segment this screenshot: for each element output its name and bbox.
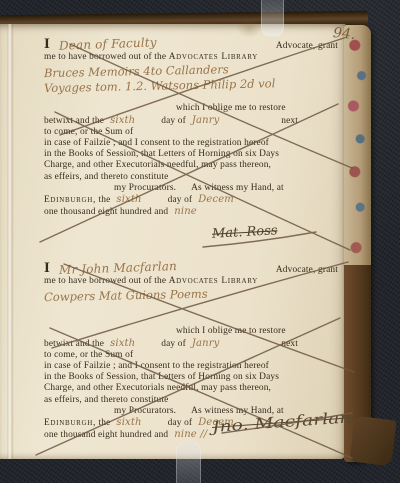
- marbled-edge: [344, 25, 371, 278]
- edinburgh-label: Edinburgh,: [44, 418, 96, 429]
- printed-advocate-grant: Advocate, grant: [276, 41, 338, 52]
- signing-date-line: Edinburgh, the sixth day of Decem: [44, 194, 338, 206]
- procurators-line: my Procurators. As witness my Hand, at: [44, 183, 338, 194]
- edinburgh-label: Edinburgh,: [44, 195, 96, 206]
- printed-initial: I: [44, 261, 50, 275]
- handwritten-due-day: sixth: [110, 338, 135, 349]
- binding-corner: [349, 416, 396, 467]
- year-line: one thousand eight hundred and nine //: [44, 429, 338, 441]
- printed-failzie-line3: Charge, and other Executorials needful, …: [44, 160, 338, 171]
- printed-failzie-line2: in the Books of Session, that Letters of…: [44, 372, 338, 383]
- handwritten-signed-month: Decem: [198, 194, 234, 205]
- printed-advocate-grant: Advocate, grant: [276, 265, 338, 276]
- entry-opening-line: I Mr John Macfarlan Advocate, grant: [44, 261, 338, 276]
- handwritten-year-word: nine //: [174, 429, 207, 440]
- handwritten-borrower-name: Dean of Faculty: [59, 37, 157, 52]
- handwritten-due-month: Janry: [192, 115, 220, 126]
- printed-sum-line: to come, or the Sum of: [44, 127, 338, 138]
- library-name: Advocates Library: [169, 52, 258, 62]
- page-stain: [236, 18, 262, 38]
- borrowing-entry-2: I Mr John Macfarlan Advocate, grant me t…: [44, 261, 338, 441]
- page-clip-bottom: [176, 441, 201, 483]
- printed-failzie-line4: as effeirs, and thereto constitute: [44, 395, 338, 406]
- printed-failzie-line1: in case of Failzie ; and I consent to th…: [44, 138, 338, 149]
- printed-failzie-line4: as effeirs, and thereto constitute: [44, 172, 338, 183]
- year-line: one thousand eight hundred and nine: [44, 206, 338, 218]
- book-fore-edge: [344, 25, 371, 462]
- handwritten-borrower-name: Mr John Macfarlan: [59, 261, 177, 276]
- handwritten-year-word: nine: [174, 206, 197, 217]
- handwritten-due-day: sixth: [110, 115, 135, 126]
- handwritten-due-month: Janry: [192, 338, 220, 349]
- printed-oblige-line: which I oblige me to restore: [44, 103, 338, 114]
- printed-oblige-line: which I oblige me to restore: [44, 326, 338, 337]
- page-clip-top: [261, 0, 284, 37]
- due-date-line: betwixt and the sixth day of Janry next: [44, 338, 338, 350]
- page-crease: [7, 24, 14, 459]
- borrowing-entry-1: I Dean of Faculty Advocate, grant me to …: [44, 37, 338, 218]
- handwritten-signed-day: sixth: [116, 417, 141, 428]
- printed-failzie-line3: Charge, and other Executorials needful, …: [44, 383, 338, 394]
- photograph-of-register-page: 94. I Dean of Faculty Advocate, grant me…: [0, 0, 400, 483]
- library-name: Advocates Library: [169, 276, 258, 286]
- due-date-line: betwixt and the sixth day of Janry next: [44, 115, 338, 127]
- handwritten-book-titles-line1: Cowpers Mat Guions Poems: [44, 284, 338, 305]
- printed-failzie-line2: in the Books of Session, that Letters of…: [44, 149, 338, 160]
- handwritten-signed-day: sixth: [116, 194, 141, 205]
- page-number: 94.: [332, 25, 356, 43]
- printed-initial: I: [44, 37, 50, 51]
- entry-opening-line: I Dean of Faculty Advocate, grant: [44, 37, 338, 52]
- printed-sum-line: to come, or the Sum of: [44, 350, 338, 361]
- printed-failzie-line1: in case of Failzie ; and I consent to th…: [44, 361, 338, 372]
